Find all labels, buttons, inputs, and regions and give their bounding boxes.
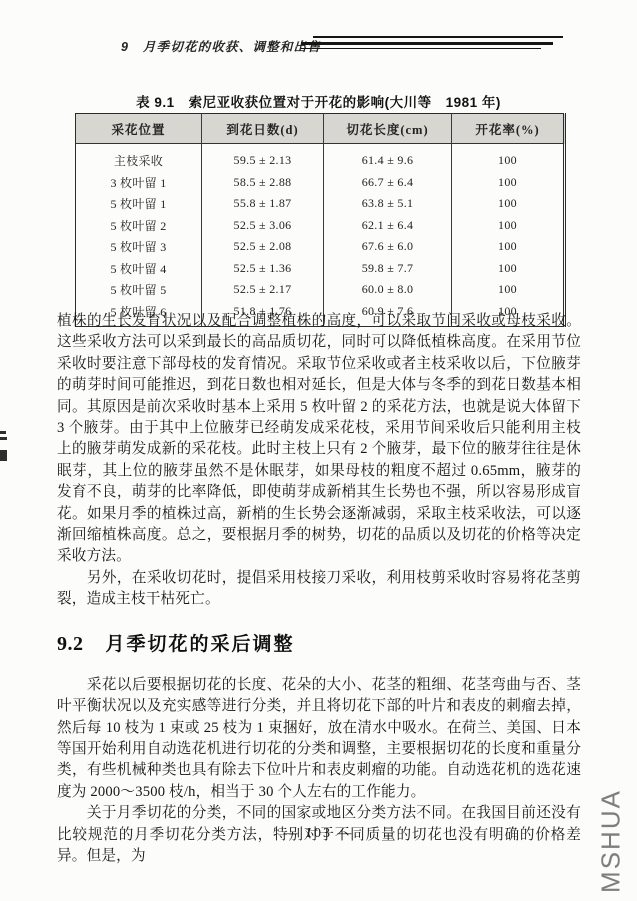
header-rule-thick <box>301 42 553 45</box>
table-row: 5 枚叶留 4 52.5 ± 1.36 59.8 ± 7.7 100 <box>76 258 565 280</box>
table-header-cell-length: 切花长度(cm) <box>324 114 452 144</box>
cell-position: 5 枚叶留 3 <box>76 236 202 258</box>
table-header-row: 采花位置 到花日数(d) 切花长度(cm) 开花率(%) <box>76 114 565 144</box>
cell-rate: 100 <box>452 172 565 194</box>
table-header-cell-rate: 开花率(%) <box>452 114 565 144</box>
cell-length: 61.4 ± 9.6 <box>324 144 452 172</box>
paragraph-knife-harvest: 另外，在采收切花时，提倡采用枝接刀采收，利用枝剪采收时容易将花茎剪裂，造成主枝干… <box>57 568 581 611</box>
body-text: 植株的生长发育状况以及配合调整植株的高度，可以采取节间采收或母枝采收。这些采收方… <box>57 311 581 867</box>
paragraph-grading: 采花以后要根据切花的长度、花朵的大小、花茎的粗细、花茎弯曲与否、茎叶平衡状况以及… <box>57 675 581 803</box>
cell-rate: 100 <box>452 258 565 280</box>
left-edge-scan-mark <box>0 431 6 434</box>
cell-days: 59.5 ± 2.13 <box>202 144 324 172</box>
section-heading: 9.2月季切花的采后调整 <box>57 632 581 658</box>
left-edge-scan-mark <box>0 437 7 440</box>
cell-length: 60.0 ± 8.0 <box>324 279 452 301</box>
cell-rate: 100 <box>452 144 565 172</box>
table-header-cell-position: 采花位置 <box>76 114 202 144</box>
chapter-header: 9 月季切花的收获、调整和出售 <box>121 37 321 55</box>
cell-position: 5 枚叶留 2 <box>76 215 202 237</box>
section-number: 9.2 <box>57 633 84 655</box>
cell-days: 52.5 ± 2.08 <box>202 236 324 258</box>
table-row: 主枝采收 59.5 ± 2.13 61.4 ± 9.6 100 <box>76 144 565 172</box>
cell-days: 55.8 ± 1.87 <box>202 193 324 215</box>
table-title: 表 9.1 索尼亚收获位置对于开花的影响(大川等 1981 年) <box>0 91 637 111</box>
cell-length: 59.8 ± 7.7 <box>324 258 452 280</box>
page-number: — 103 — <box>0 826 637 842</box>
table-row: 5 枚叶留 5 52.5 ± 2.17 60.0 ± 8.0 100 <box>76 279 565 301</box>
cell-rate: 100 <box>452 279 565 301</box>
cell-rate: 100 <box>452 193 565 215</box>
cell-rate: 100 <box>452 215 565 237</box>
paragraph-harvest-methods: 植株的生长发育状况以及配合调整植株的高度，可以采取节间采收或母枝采收。这些采收方… <box>57 311 581 568</box>
table-row: 3 枚叶留 1 58.5 ± 2.88 66.7 ± 6.4 100 <box>76 172 565 194</box>
cell-length: 67.6 ± 6.0 <box>324 236 452 258</box>
cell-position: 3 枚叶留 1 <box>76 172 202 194</box>
section-title: 月季切花的采后调整 <box>106 634 295 655</box>
watermark-text: MSHUA <box>596 784 626 899</box>
table-header-cell-days: 到花日数(d) <box>202 114 324 144</box>
cell-position: 5 枚叶留 1 <box>76 193 202 215</box>
scanned-book-page: 9 月季切花的收获、调整和出售 表 9.1 索尼亚收获位置对于开花的影响(大川等… <box>0 0 637 901</box>
cell-days: 52.5 ± 3.06 <box>202 215 324 237</box>
cell-position: 5 枚叶留 4 <box>76 258 202 280</box>
cell-position: 5 枚叶留 5 <box>76 279 202 301</box>
cell-days: 52.5 ± 2.17 <box>202 279 324 301</box>
table-row: 5 枚叶留 3 52.5 ± 2.08 67.6 ± 6.0 100 <box>76 236 565 258</box>
cell-days: 52.5 ± 1.36 <box>202 258 324 280</box>
harvest-table: 采花位置 到花日数(d) 切花长度(cm) 开花率(%) 主枝采收 59.5 ±… <box>75 113 566 327</box>
cell-days: 58.5 ± 2.88 <box>202 172 324 194</box>
header-rule-top <box>313 36 563 38</box>
cell-position: 主枝采收 <box>76 144 202 172</box>
cell-length: 63.8 ± 5.1 <box>324 193 452 215</box>
table-row: 5 枚叶留 2 52.5 ± 3.06 62.1 ± 6.4 100 <box>76 215 565 237</box>
table-row: 5 枚叶留 1 55.8 ± 1.87 63.8 ± 5.1 100 <box>76 193 565 215</box>
cell-length: 62.1 ± 6.4 <box>324 215 452 237</box>
cell-rate: 100 <box>452 236 565 258</box>
header-rule-bottom <box>301 48 541 49</box>
left-edge-scan-mark <box>0 450 7 461</box>
cell-length: 66.7 ± 6.4 <box>324 172 452 194</box>
